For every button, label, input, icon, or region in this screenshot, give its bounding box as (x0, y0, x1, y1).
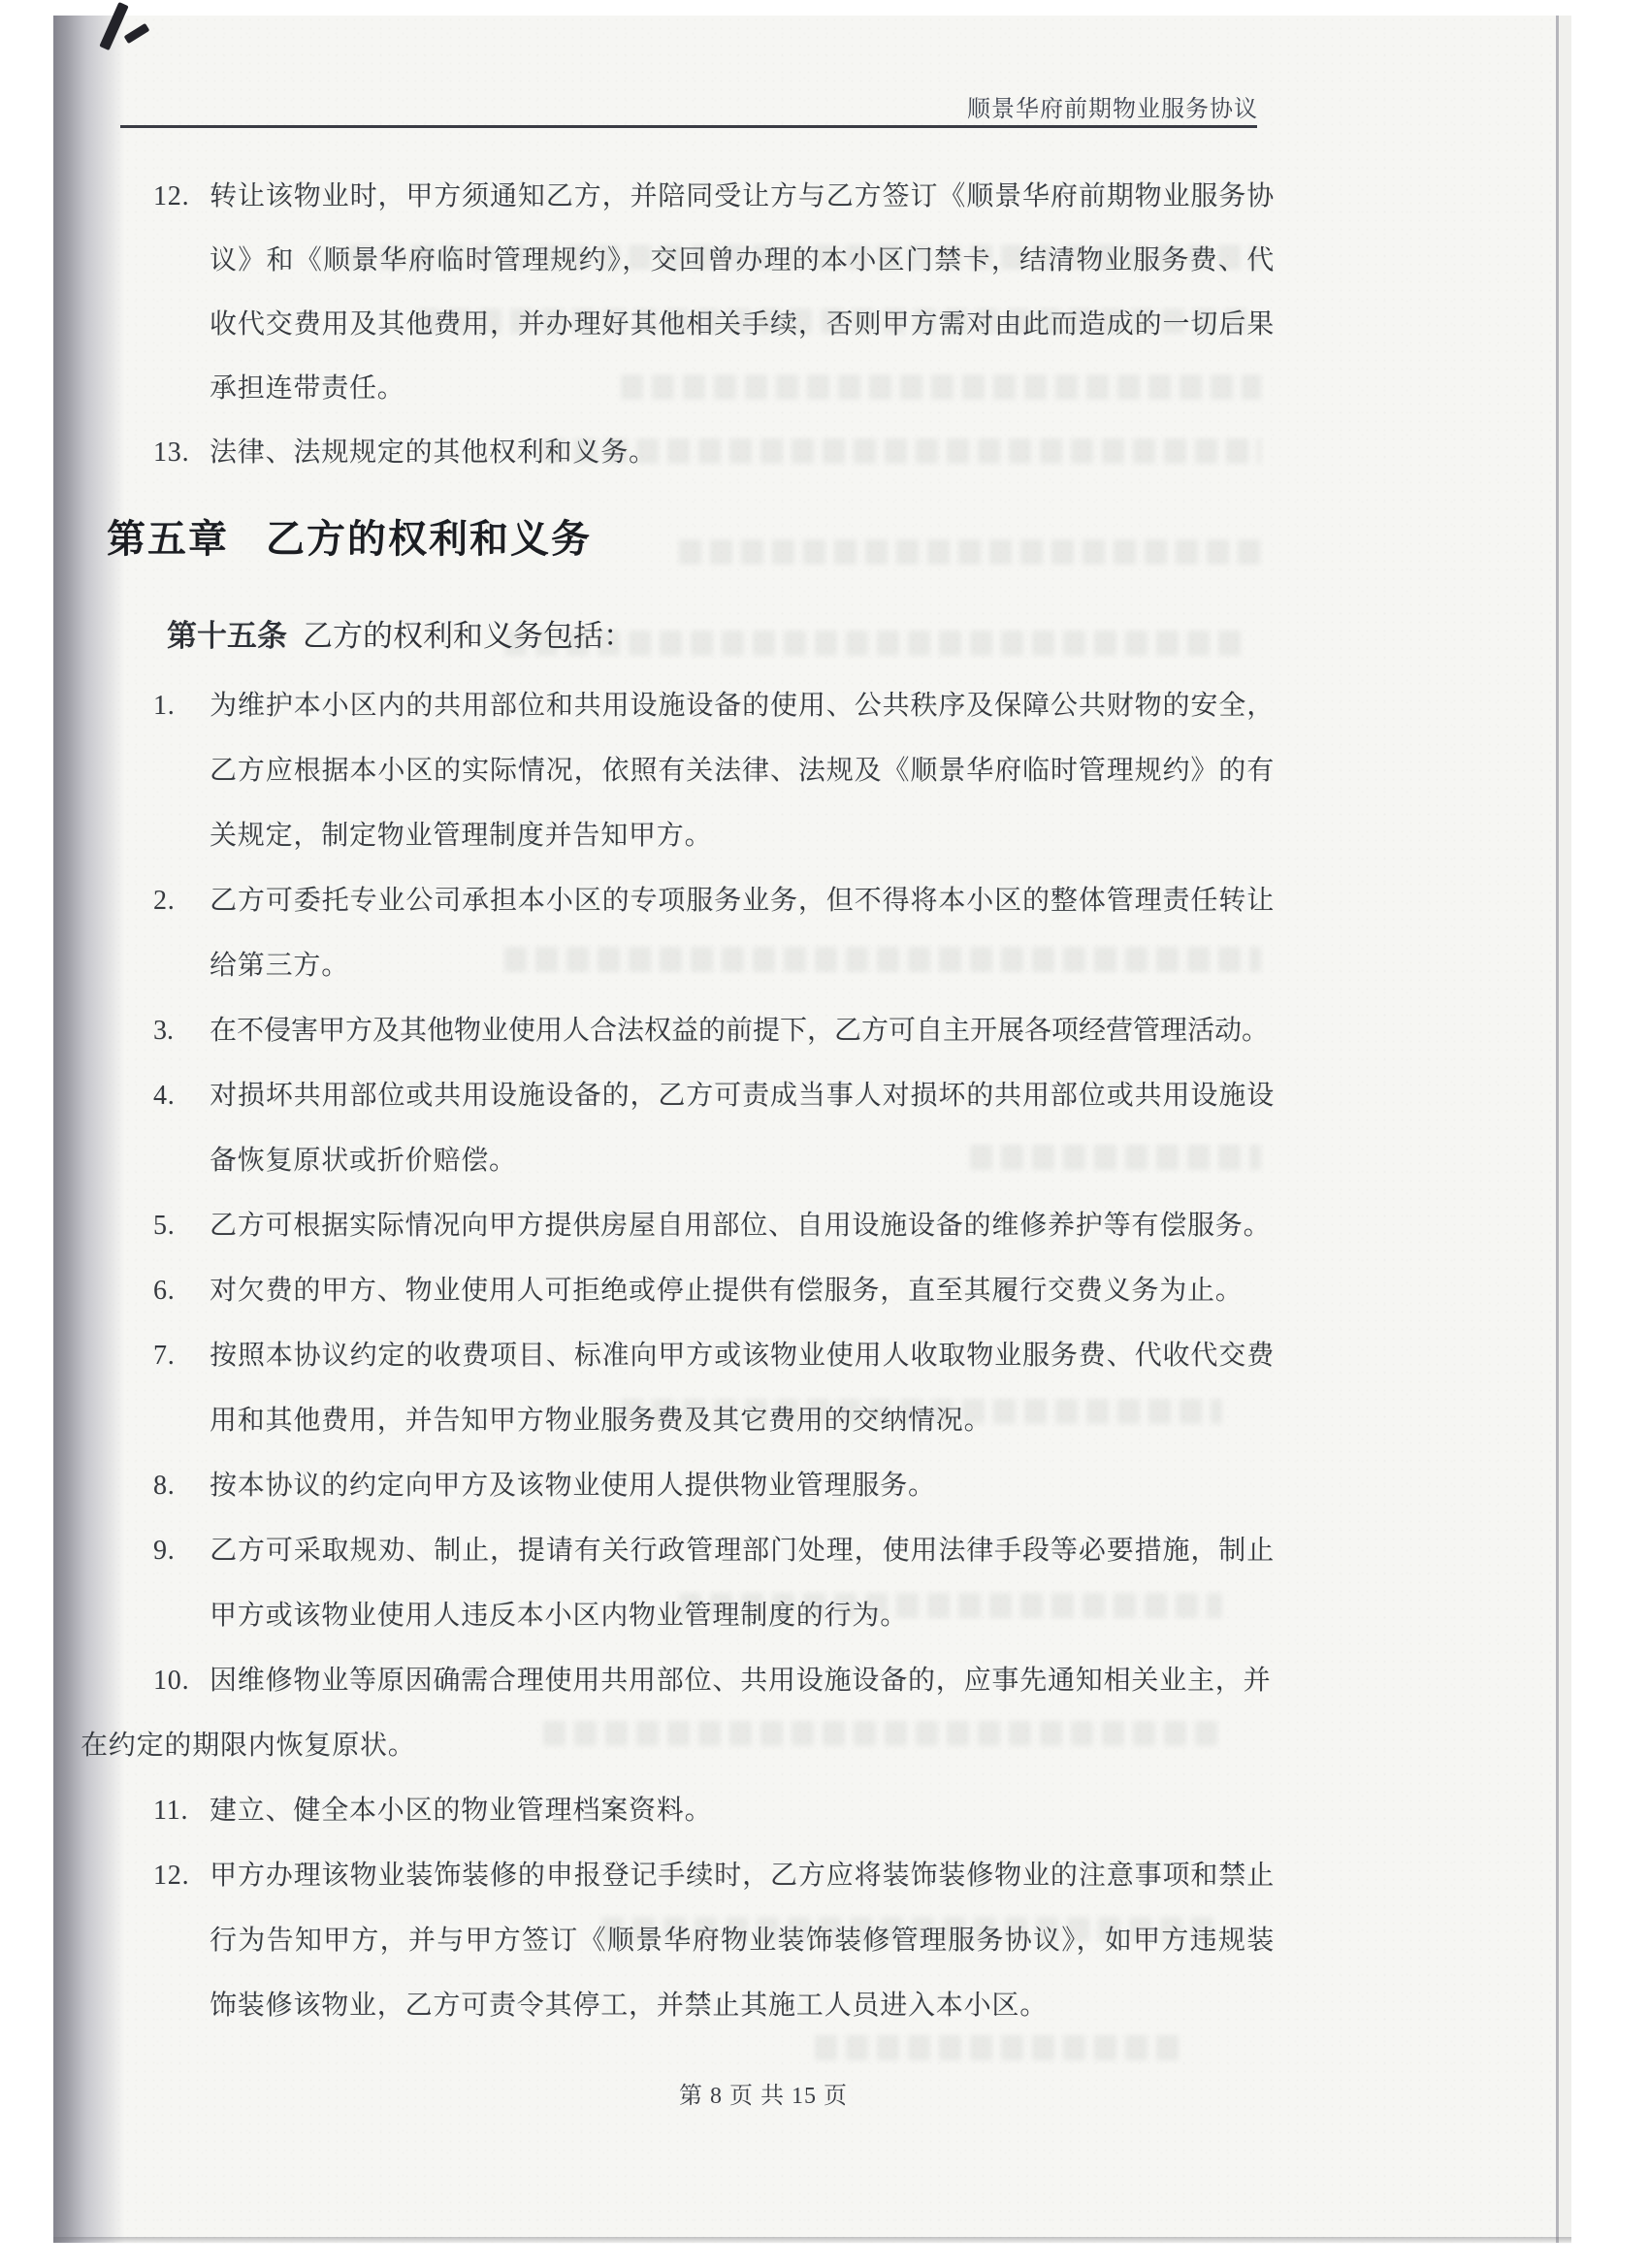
article-heading: 第十五条乙方的权利和义务包括： (167, 611, 633, 655)
clause-item: 10.因维修物业等原因确需合理使用共用部位、共用设施设备的，应事先通知相关业主，… (153, 1648, 1275, 1713)
page-number: 第 8 页 共 15 页 (679, 2076, 848, 2110)
page-bottom-shadow (53, 2237, 1571, 2244)
clause-text: 乙方可根据实际情况向甲方提供房屋自用部位、自用设施设备的维修养护等有偿服务。 (210, 1211, 1271, 1241)
header-title: 顺景华府前期物业服务协议 (967, 89, 1258, 123)
clause-number: 12. (153, 165, 210, 229)
clause-item: 11.建立、健全本小区的物业管理档案资料。 (153, 1778, 1275, 1843)
clause-number: 7. (153, 1323, 210, 1388)
clause-text: 法律、法规规定的其他权利和义务。 (210, 437, 657, 468)
page-edge-strip (1559, 16, 1571, 2243)
header-rule (120, 125, 1257, 128)
bleed-through-artifact (679, 539, 1261, 565)
clause-text: 按照本协议约定的收费项目、标准向甲方或该物业使用人收取物业服务费、代收代交费用和… (210, 1341, 1275, 1436)
clause-number: 5. (153, 1193, 210, 1258)
clause-text: 建立、健全本小区的物业管理档案资料。 (210, 1796, 712, 1826)
page-edge-line (1556, 16, 1559, 2243)
chapter-heading: 第五章乙方的权利和义务 (107, 508, 592, 564)
clause-text: 甲方办理该物业装饰装修的申报登记手续时，乙方应将装饰装修物业的注意事项和禁止行为… (210, 1861, 1275, 2021)
clause-number: 10. (153, 1648, 210, 1713)
clause-item: 4.对损坏共用部位或共用设施设备的，乙方可责成当事人对损坏的共用部位或共用设施设… (153, 1063, 1275, 1193)
clause-number: 2. (153, 868, 210, 933)
clause-number: 11. (153, 1778, 210, 1843)
clause-item: 6.对欠费的甲方、物业使用人可拒绝或停止提供有偿服务，直至其履行交费义务为止。 (153, 1258, 1275, 1323)
clause-text: 乙方可采取规劝、制止，提请有关行政管理部门处理，使用法律手段等必要措施，制止甲方… (210, 1536, 1275, 1631)
clause-number: 4. (153, 1063, 210, 1128)
clause-item: 12.甲方办理该物业装饰装修的申报登记手续时，乙方应将装饰装修物业的注意事项和禁… (153, 1843, 1275, 2038)
article-intro: 乙方的权利和义务包括： (303, 619, 633, 653)
clause-text: 为维护本小区内的共用部位和共用设施设备的使用、公共秩序及保障公共财物的安全，乙方… (210, 691, 1275, 851)
clause-item: 1.为维护本小区内的共用部位和共用设施设备的使用、公共秩序及保障公共财物的安全，… (153, 673, 1275, 868)
clause-text: 按本协议的约定向甲方及该物业使用人提供物业管理服务。 (210, 1471, 936, 1501)
clause-item: 8.按本协议的约定向甲方及该物业使用人提供物业管理服务。 (153, 1453, 1275, 1518)
clause-item: 7.按照本协议约定的收费项目、标准向甲方或该物业使用人收取物业服务费、代收代交费… (153, 1323, 1275, 1453)
clause-item-continuation: 在约定的期限内恢复原状。 (81, 1713, 1275, 1778)
clause-number: 8. (153, 1453, 210, 1518)
clause-item: 5.乙方可根据实际情况向甲方提供房屋自用部位、自用设施设备的维修养护等有偿服务。 (153, 1193, 1275, 1258)
spine-shadow (53, 16, 125, 2243)
article-clauses: 1.为维护本小区内的共用部位和共用设施设备的使用、公共秩序及保障公共财物的安全，… (153, 673, 1275, 2038)
bleed-through-artifact (815, 2035, 1183, 2060)
clause-number: 1. (153, 673, 210, 738)
previous-article-clauses: 12.转让该物业时，甲方须通知乙方，并陪同受让方与乙方签订《顺景华府前期物业服务… (153, 165, 1275, 485)
clause-item: 9.乙方可采取规劝、制止，提请有关行政管理部门处理，使用法律手段等必要措施，制止… (153, 1518, 1275, 1648)
clause-number: 13. (153, 421, 210, 485)
clause-text: 因维修物业等原因确需合理使用共用部位、共用设施设备的，应事先通知相关业主，并 (210, 1666, 1271, 1696)
clause-item: 3.在不侵害甲方及其他物业使用人合法权益的前提下，乙方可自主开展各项经营管理活动… (153, 998, 1275, 1063)
clause-number: 9. (153, 1518, 210, 1583)
chapter-number: 第五章 (107, 517, 229, 561)
clause-number: 6. (153, 1258, 210, 1323)
clause-item: 13.法律、法规规定的其他权利和义务。 (153, 421, 1275, 485)
clause-text: 对欠费的甲方、物业使用人可拒绝或停止提供有偿服务，直至其履行交费义务为止。 (210, 1276, 1244, 1306)
clause-item: 2.乙方可委托专业公司承担本小区的专项服务业务，但不得将本小区的整体管理责任转让… (153, 868, 1275, 998)
clause-text: 乙方可委托专业公司承担本小区的专项服务业务，但不得将本小区的整体管理责任转让给第… (210, 886, 1275, 981)
article-number: 第十五条 (167, 619, 287, 653)
clause-number: 12. (153, 1843, 210, 1908)
clause-item: 12.转让该物业时，甲方须通知乙方，并陪同受让方与乙方签订《顺景华府前期物业服务… (153, 165, 1275, 421)
chapter-title: 乙方的权利和义务 (266, 517, 592, 561)
clause-number: 3. (153, 998, 210, 1063)
clause-text: 对损坏共用部位或共用设施设备的，乙方可责成当事人对损坏的共用部位或共用设施设备恢… (210, 1081, 1275, 1176)
clause-text: 转让该物业时，甲方须通知乙方，并陪同受让方与乙方签订《顺景华府前期物业服务协议》… (210, 181, 1275, 404)
scanned-contract-page: 顺景华府前期物业服务协议 12.转让该物业时，甲方须通知乙方，并陪同受让方与乙方… (0, 0, 1649, 2268)
clause-text: 在约定的期限内恢复原状。 (81, 1731, 416, 1761)
clause-text: 在不侵害甲方及其他物业使用人合法权益的前提下，乙方可自主开展各项经营管理活动。 (210, 1016, 1269, 1046)
